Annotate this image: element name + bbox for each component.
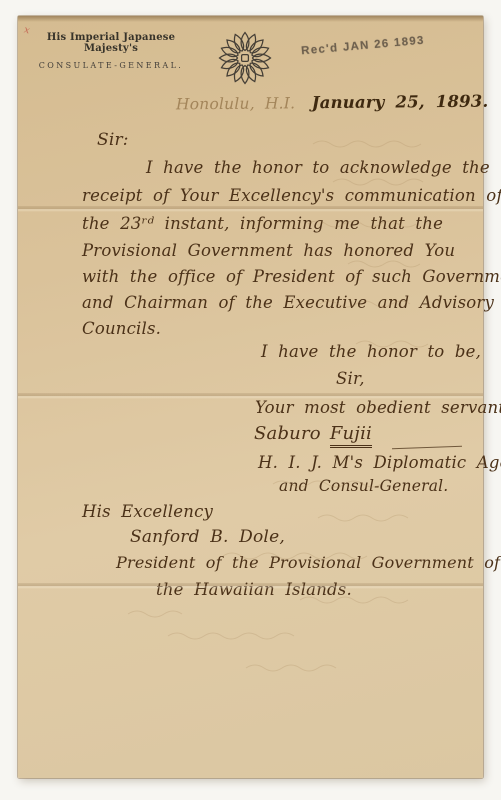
dateline-place: Honolulu, H.I. — [176, 94, 295, 113]
body-line: receipt of Your Excellency's communicati… — [82, 186, 501, 205]
addressee-line: Sanford B. Dole, — [130, 527, 285, 547]
received-date-stamp: Rec'd JAN 26 1893 — [301, 35, 425, 58]
fold-crease-1 — [18, 206, 483, 212]
body-line: Councils. — [82, 319, 161, 338]
closing-line: Your most obedient servant, — [255, 398, 501, 417]
signature-last-name: Fujii — [330, 423, 372, 448]
salutation: Sir: — [97, 130, 129, 150]
ink-showthrough-decoration — [18, 16, 483, 778]
letterhead: His Imperial Japanese Majesty's CONSULAT… — [32, 32, 190, 70]
body-line: I have the honor to acknowledge the — [146, 158, 490, 177]
addressee-line: President of the Provisional Government … — [116, 553, 500, 572]
signer-title-line2: and Consul-General. — [279, 477, 448, 495]
body-line: Provisional Government has honored You — [82, 241, 455, 260]
closing-line: Sir, — [336, 369, 365, 388]
closing-line: I have the honor to be, — [261, 342, 481, 361]
body-line: the 23ʳᵈ instant, informing me that the — [82, 214, 443, 233]
letterhead-line1: His Imperial Japanese Majesty's — [32, 32, 190, 54]
body-line: with the office of President of such Gov… — [82, 267, 501, 286]
imperial-chrysanthemum-seal-icon — [216, 29, 274, 87]
addressee-line: the Hawaiian Islands. — [156, 580, 352, 599]
letterhead-line2: CONSULATE-GENERAL. — [32, 61, 190, 70]
addressee-line: His Excellency — [82, 502, 213, 521]
signer-title-line1: H. I. J. M's Diplomatic Agent — [258, 453, 501, 472]
dateline: Honolulu, H.I. January 25, 1893. — [176, 92, 489, 114]
archival-pencil-mark: x — [23, 25, 31, 37]
signature: SaburoFujii — [254, 423, 372, 448]
dateline-date: January 25, 1893. — [312, 92, 489, 113]
signature-flourish — [392, 446, 462, 450]
body-line: and Chairman of the Executive and Adviso… — [82, 293, 494, 312]
letter-page: x His Imperial Japanese Majesty's CONSUL… — [18, 16, 483, 778]
signature-first-name: Saburo — [254, 423, 321, 444]
